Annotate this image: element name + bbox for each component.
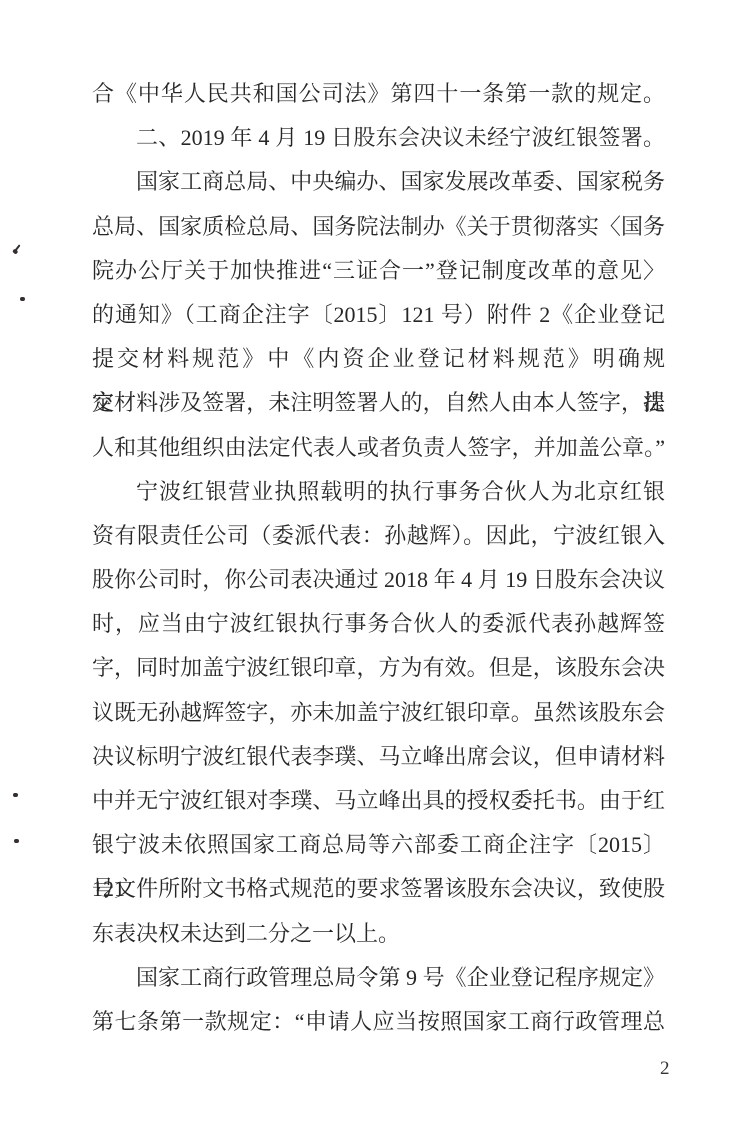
text-line: 宁波红银营业执照载明的执行事务合伙人为北京红银 [92, 470, 665, 514]
scanned-document-page: 合《中华人民共和国公司法》第四十一条第一款的规定。 二、2019 年 4 月 1… [0, 0, 750, 1127]
text-line: 总局、国家质检总局、国务院法制办《关于贯彻落实〈国务 [92, 205, 665, 249]
text-line: 人和其他组织由法定代表人或者负责人签字，并加盖公章。” [92, 426, 665, 470]
text-line: 交材料涉及签署，未注明签署人的，自然人由本人签字，法 [92, 381, 665, 425]
text-line: 第七条第一款规定：“申请人应当按照国家工商行政管理总 [92, 1000, 665, 1044]
text-line: 资有限责任公司（委派代表：孙越辉）。因此，宁波红银入 [92, 514, 665, 558]
text-line: 国家工商行政管理总局令第 9 号《企业登记程序规定》 [92, 956, 665, 1000]
text-line: 国家工商总局、中央编办、国家发展改革委、国家税务 [92, 160, 665, 204]
text-line: 字，同时加盖宁波红银印章，方为有效。但是，该股东会决 [92, 646, 665, 690]
text-line: 提交材料规范》中《内资企业登记材料规范》明确规定：“提 [92, 337, 665, 381]
ink-speck [20, 297, 25, 301]
text-line: 二、2019 年 4 月 19 日股东会决议未经宁波红银签署。 [92, 116, 665, 160]
text-line: 时，应当由宁波红银执行事务合伙人的委派代表孙越辉签 [92, 602, 665, 646]
text-line: 号文件所附文书格式规范的要求签署该股东会决议，致使股 [92, 867, 665, 911]
text-line: 合《中华人民共和国公司法》第四十一条第一款的规定。 [92, 72, 665, 116]
document-text-block: 合《中华人民共和国公司法》第四十一条第一款的规定。 二、2019 年 4 月 1… [92, 72, 665, 1044]
ink-speck [14, 839, 19, 843]
ink-speck [13, 244, 20, 252]
text-line: 决议标明宁波红银代表李璞、马立峰出席会议，但申请材料 [92, 735, 665, 779]
text-line: 院办公厅关于加快推进“三证合一”登记制度改革的意见〉 [92, 249, 665, 293]
text-line: 中并无宁波红银对李璞、马立峰出具的授权委托书。由于红 [92, 779, 665, 823]
text-line: 东表决权未达到二分之一以上。 [92, 912, 665, 956]
text-line: 议既无孙越辉签字，亦未加盖宁波红银印章。虽然该股东会 [92, 691, 665, 735]
ink-speck [13, 793, 18, 797]
page-number: 2 [660, 1057, 670, 1081]
text-line: 的通知》（工商企注字〔2015〕121 号）附件 2《企业登记 [92, 293, 665, 337]
text-line: 股你公司时，你公司表决通过 2018 年 4 月 19 日股东会决议 [92, 558, 665, 602]
text-line: 银宁波未依照国家工商总局等六部委工商企注字〔2015〕121 [92, 823, 665, 867]
